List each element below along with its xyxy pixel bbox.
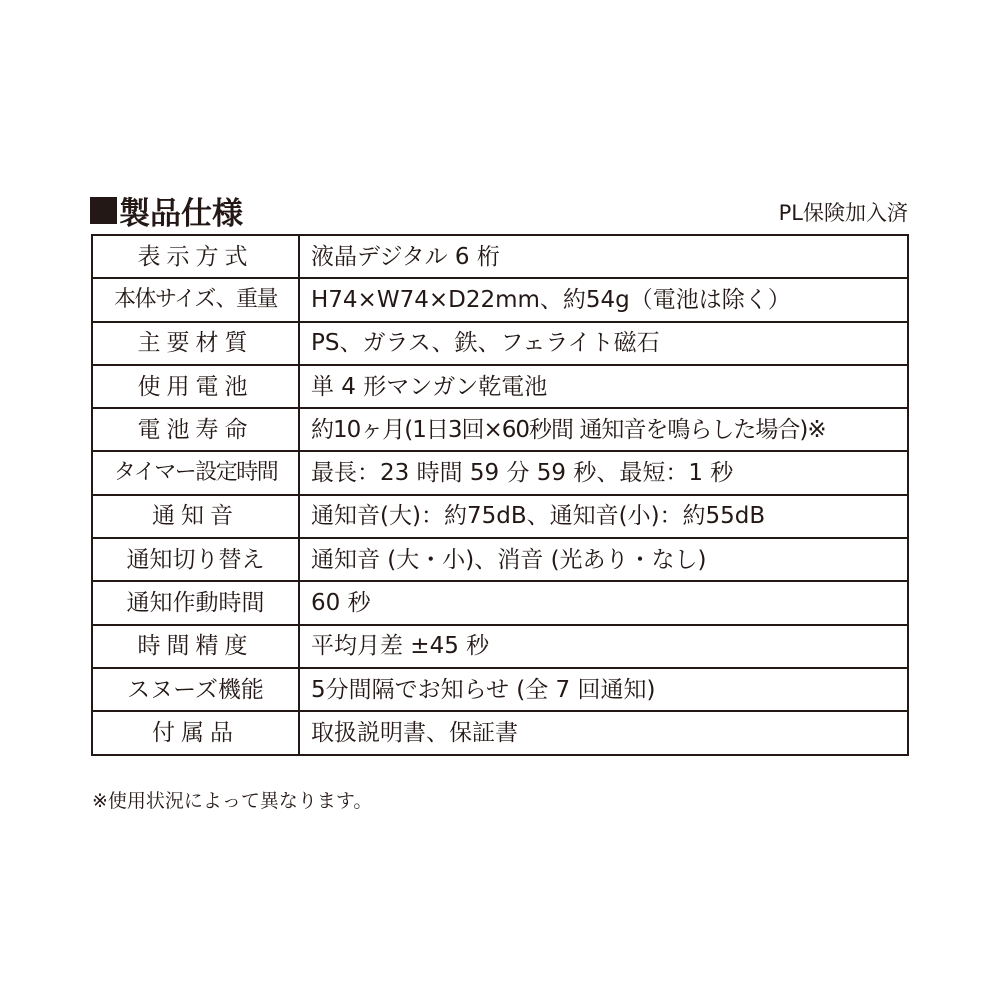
row-value: 平均月差 ±45 秒 [299,625,908,668]
row-label: 使用電池 [92,365,299,408]
row-value: 単 4 形マンガン乾電池 [299,365,908,408]
row-value: H74×W74×D22mm、約54g（電池は除く） [299,278,908,321]
table-row: 時間精度 平均月差 ±45 秒 [92,625,908,668]
row-value: 約10ヶ月(1日3回×60秒間 通知音を鳴らした場合)※ [299,408,908,451]
table-row: 表示方式 液晶デジタル 6 桁 [92,235,908,278]
table-row: 通知作動時間 60 秒 [92,581,908,624]
table-row: 主要材質 PS、ガラス、鉄、フェライト磁石 [92,322,908,365]
row-value: 5分間隔でお知らせ (全 7 回通知) [299,668,908,711]
row-label: 時間精度 [92,625,299,668]
square-bullet-icon [90,197,117,224]
row-value: 液晶デジタル 6 桁 [299,235,908,278]
table-row: 通知切り替え 通知音 (大・小)、消音 (光あり・なし) [92,538,908,581]
row-value: 通知音 (大・小)、消音 (光あり・なし) [299,538,908,581]
title-text: 製品仕様 [119,188,243,233]
row-label: 表示方式 [92,235,299,278]
footnote: ※使用状況によって異なります。 [92,789,372,813]
table-row: 本体サイズ、重量 H74×W74×D22mm、約54g（電池は除く） [92,278,908,321]
row-label: 主要材質 [92,322,299,365]
row-label: 電池寿命 [92,408,299,451]
row-label: 本体サイズ、重量 [92,278,299,321]
table-row: タイマー設定時間 最長：23 時間 59 分 59 秒、最短：1 秒 [92,451,908,494]
table-row: スヌーズ機能 5分間隔でお知らせ (全 7 回通知) [92,668,908,711]
row-value: 取扱説明書、保証書 [299,711,908,754]
spec-table: 表示方式 液晶デジタル 6 桁 本体サイズ、重量 H74×W74×D22mm、約… [91,234,909,756]
row-label: スヌーズ機能 [92,668,299,711]
table-row: 通知音 通知音(大)：約75dB、通知音(小)：約55dB [92,495,908,538]
row-value: PS、ガラス、鉄、フェライト磁石 [299,322,908,365]
row-value: 60 秒 [299,581,908,624]
table-row: 使用電池 単 4 形マンガン乾電池 [92,365,908,408]
table-row: 付属品 取扱説明書、保証書 [92,711,908,754]
row-value: 通知音(大)：約75dB、通知音(小)：約55dB [299,495,908,538]
pl-insurance-note: PL保険加入済 [779,200,908,226]
row-label: 通知作動時間 [92,581,299,624]
row-label: 通知切り替え [92,538,299,581]
page-title: 製品仕様 [90,190,243,230]
table-row: 電池寿命 約10ヶ月(1日3回×60秒間 通知音を鳴らした場合)※ [92,408,908,451]
row-value: 最長：23 時間 59 分 59 秒、最短：1 秒 [299,451,908,494]
row-label: タイマー設定時間 [92,451,299,494]
row-label: 通知音 [92,495,299,538]
row-label: 付属品 [92,711,299,754]
